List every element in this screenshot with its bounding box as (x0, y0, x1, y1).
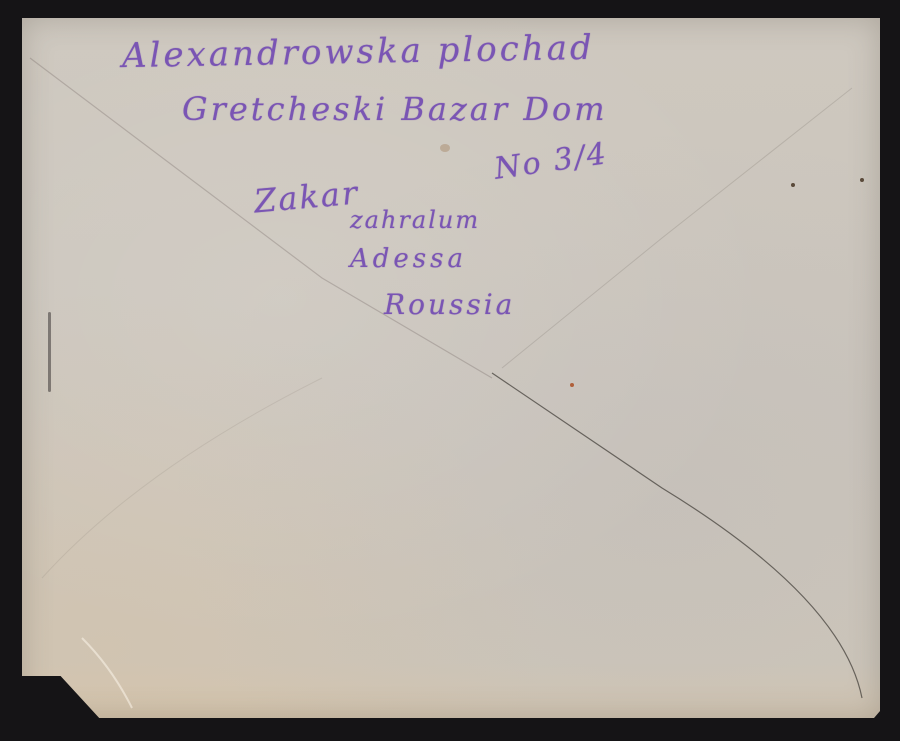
pencil-mark (48, 312, 51, 392)
envelope-back: Alexandrowska plochad Gretcheski Bazar D… (22, 18, 880, 718)
speck (860, 178, 864, 182)
address-line-country: Roussia (384, 288, 515, 321)
address-line-name-2: zahralum (350, 206, 480, 234)
speck (791, 183, 795, 187)
address-line-city: Adessa (350, 244, 467, 274)
address-line-street: Alexandrowska plochad (122, 28, 595, 76)
speck (570, 383, 574, 387)
address-line-bazar: Gretcheski Bazar Dom (182, 90, 608, 128)
stain (440, 144, 450, 152)
